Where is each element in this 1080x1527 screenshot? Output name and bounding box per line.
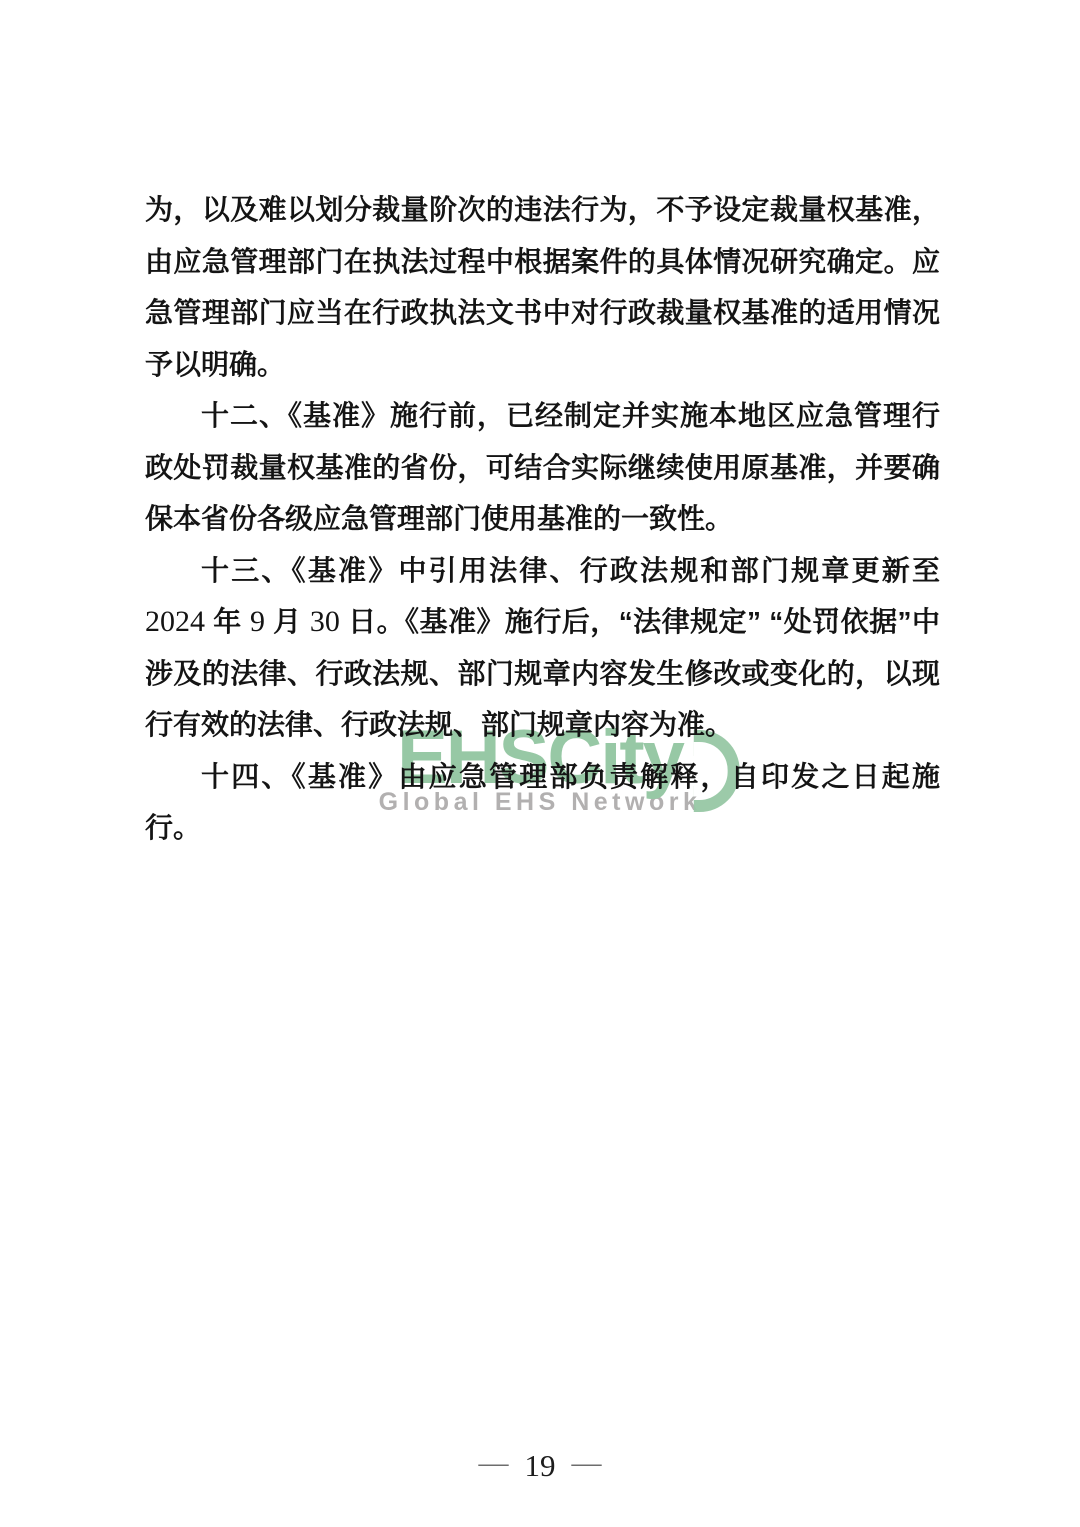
cjk-text-run: 十二、《基准》施行前，已经制定并实施本地区应急管理行政处罚裁量权基准的省份，可结… xyxy=(145,400,940,534)
paragraph: 十二、《基准》施行前，已经制定并实施本地区应急管理行政处罚裁量权基准的省份，可结… xyxy=(145,390,940,545)
footer-dash-left: — xyxy=(479,1448,509,1478)
document-body: 为，以及难以划分裁量阶次的违法行为，不予设定裁量权基准，由应急管理部门在执法过程… xyxy=(145,184,940,854)
cjk-text-run: 为，以及难以划分裁量阶次的违法行为，不予设定裁量权基准，由应急管理部门在执法过程… xyxy=(145,194,940,380)
cjk-text-run: 年 xyxy=(205,606,250,637)
cjk-text-run: 十四、《基准》由应急管理部负责解释，自印发之日起施行。 xyxy=(145,761,940,844)
cjk-text-run: 十三、《基准》中引用法律、行政法规和部门规章更新至 xyxy=(201,555,940,586)
footer-dash-right: — xyxy=(572,1448,602,1478)
latin-number-run: 9 xyxy=(250,605,265,638)
paragraph: 为，以及难以划分裁量阶次的违法行为，不予设定裁量权基准，由应急管理部门在执法过程… xyxy=(145,184,940,390)
document-page: { "document": { "paragraphs": [ { "inden… xyxy=(0,0,1080,1527)
page-number: 19 xyxy=(525,1450,556,1481)
latin-number-run: 30 xyxy=(310,605,340,638)
paragraph: 十四、《基准》由应急管理部负责解释，自印发之日起施行。 xyxy=(145,751,940,854)
page-footer: — 19 — xyxy=(0,1443,1080,1487)
paragraph: 十三、《基准》中引用法律、行政法规和部门规章更新至2024 年 9 月 30 日… xyxy=(145,545,940,751)
cjk-text-run: 月 xyxy=(265,606,310,637)
latin-number-run: 2024 xyxy=(145,605,205,638)
